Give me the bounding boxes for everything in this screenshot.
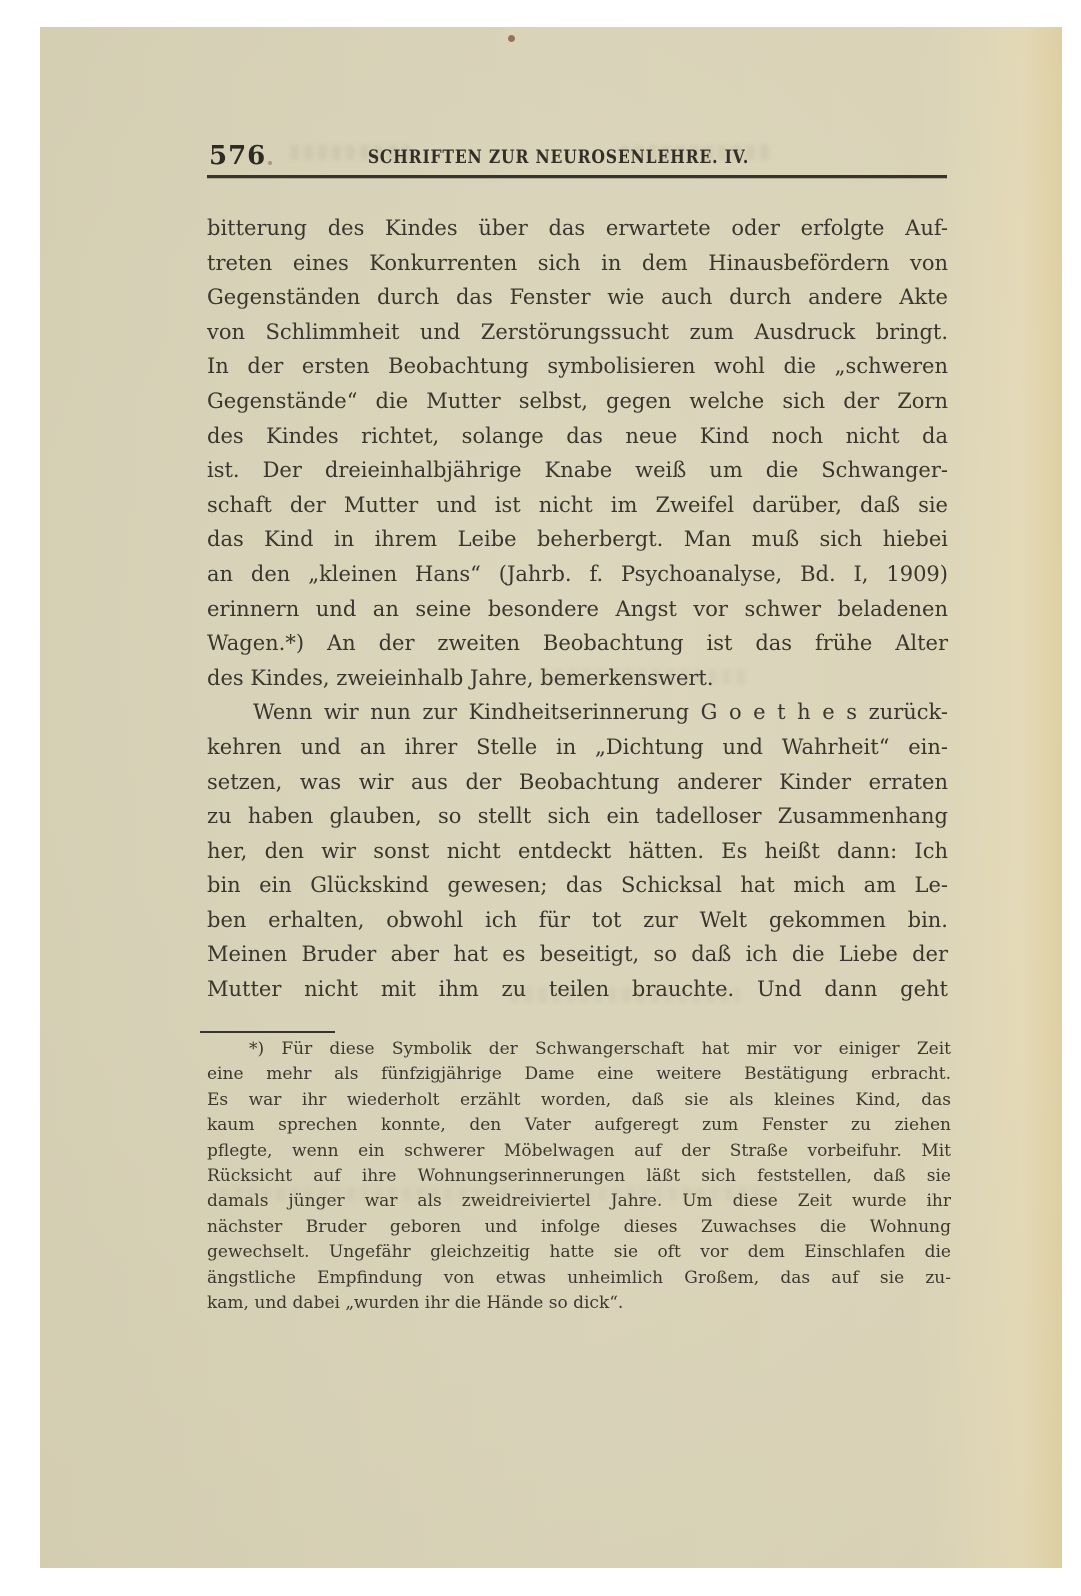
body-line: bitterung des Kindes über das erwartete … [207, 211, 948, 246]
body-line: von Schlimmheit und Zerstörungssucht zum… [207, 315, 948, 350]
body-line: In der ersten Beobachtung symbolisieren … [207, 349, 948, 384]
footnote-line: pflegte, wenn ein schwerer Möbelwagen au… [207, 1139, 951, 1164]
body-line: Wagen.*) An der zweiten Beobachtung ist … [207, 626, 948, 661]
footnote-line: Rücksicht auf ihre Wohnungserinnerungen … [207, 1164, 951, 1189]
body-line: erinnern und an seine besondere Angst vo… [207, 592, 948, 627]
footnote-line: gewechselt. Ungefähr gleichzeitig hatte … [207, 1240, 951, 1265]
footnote-line: kaum sprechen konnte, den Vater aufgereg… [207, 1113, 951, 1138]
running-title: SCHRIFTEN ZUR NEUROSENLEHRE. IV. [207, 146, 909, 168]
body-line: Wenn wir nun zur Kindheitserinnerung G o… [207, 695, 948, 730]
body-line: des Kindes richtet, solange das neue Kin… [207, 419, 948, 454]
body-line: ben erhalten, obwohl ich für tot zur Wel… [207, 903, 948, 938]
body-line: an den „kleinen Hans“ (Jahrb. f. Psychoa… [207, 557, 948, 592]
header-rule [207, 175, 947, 178]
body-line: des Kindes, zweieinhalb Jahre, bemerkens… [207, 661, 948, 696]
body-text: bitterung des Kindes über das erwartete … [207, 211, 948, 1007]
body-line: her, den wir sonst nicht entdeckt hätten… [207, 834, 948, 869]
body-line: das Kind in ihrem Leibe beherbergt. Man … [207, 522, 948, 557]
body-line: bin ein Glückskind gewesen; das Schicksa… [207, 868, 948, 903]
body-line: kehren und an ihrer Stelle in „Dichtung … [207, 730, 948, 765]
footnote-line: nächster Bruder geboren und infolge dies… [207, 1215, 951, 1240]
body-line: Mutter nicht mit ihm zu teilen brauchte.… [207, 972, 948, 1007]
body-line: ist. Der dreieinhalbjährige Knabe weiß u… [207, 453, 948, 488]
body-line: treten eines Konkurrenten sich in dem Hi… [207, 246, 948, 281]
footnote-text: *) Für diese Symbolik der Schwangerschaf… [207, 1037, 951, 1316]
running-title-text: SCHRIFTEN ZUR NEUROSENLEHRE. IV. [367, 146, 748, 168]
footnote-line: eine mehr als fünfzigjährige Dame eine w… [207, 1062, 951, 1087]
book-page: 576 SCHRIFTEN ZUR NEUROSENLEHRE. IV. bit… [40, 27, 1062, 1568]
scanned-page-background: 576 SCHRIFTEN ZUR NEUROSENLEHRE. IV. bit… [0, 0, 1081, 1596]
body-line: Gegenstände“ die Mutter selbst, gegen we… [207, 384, 948, 419]
body-line: schaft der Mutter und ist nicht im Zweif… [207, 488, 948, 523]
body-line: Gegenständen durch das Fenster wie auch … [207, 280, 948, 315]
footnote-line: *) Für diese Symbolik der Schwangerschaf… [207, 1037, 951, 1062]
paper-speck [508, 35, 515, 42]
body-line: setzen, was wir aus der Beobachtung ande… [207, 765, 948, 800]
footnote-line: Es war ihr wiederholt erzählt worden, da… [207, 1088, 951, 1113]
footnote-line: damals jünger war als zweidreiviertel Ja… [207, 1189, 951, 1214]
body-line: Meinen Bruder aber hat es beseitigt, so … [207, 937, 948, 972]
body-line: zu haben glauben, so stellt sich ein tad… [207, 799, 948, 834]
footnote-rule [200, 1031, 335, 1033]
page-header: 576 SCHRIFTEN ZUR NEUROSENLEHRE. IV. [207, 139, 949, 177]
footnote-line: ängstliche Empfindung von etwas unheimli… [207, 1266, 951, 1291]
footnote-line: kam, und dabei „wurden ihr die Hände so … [207, 1291, 951, 1316]
